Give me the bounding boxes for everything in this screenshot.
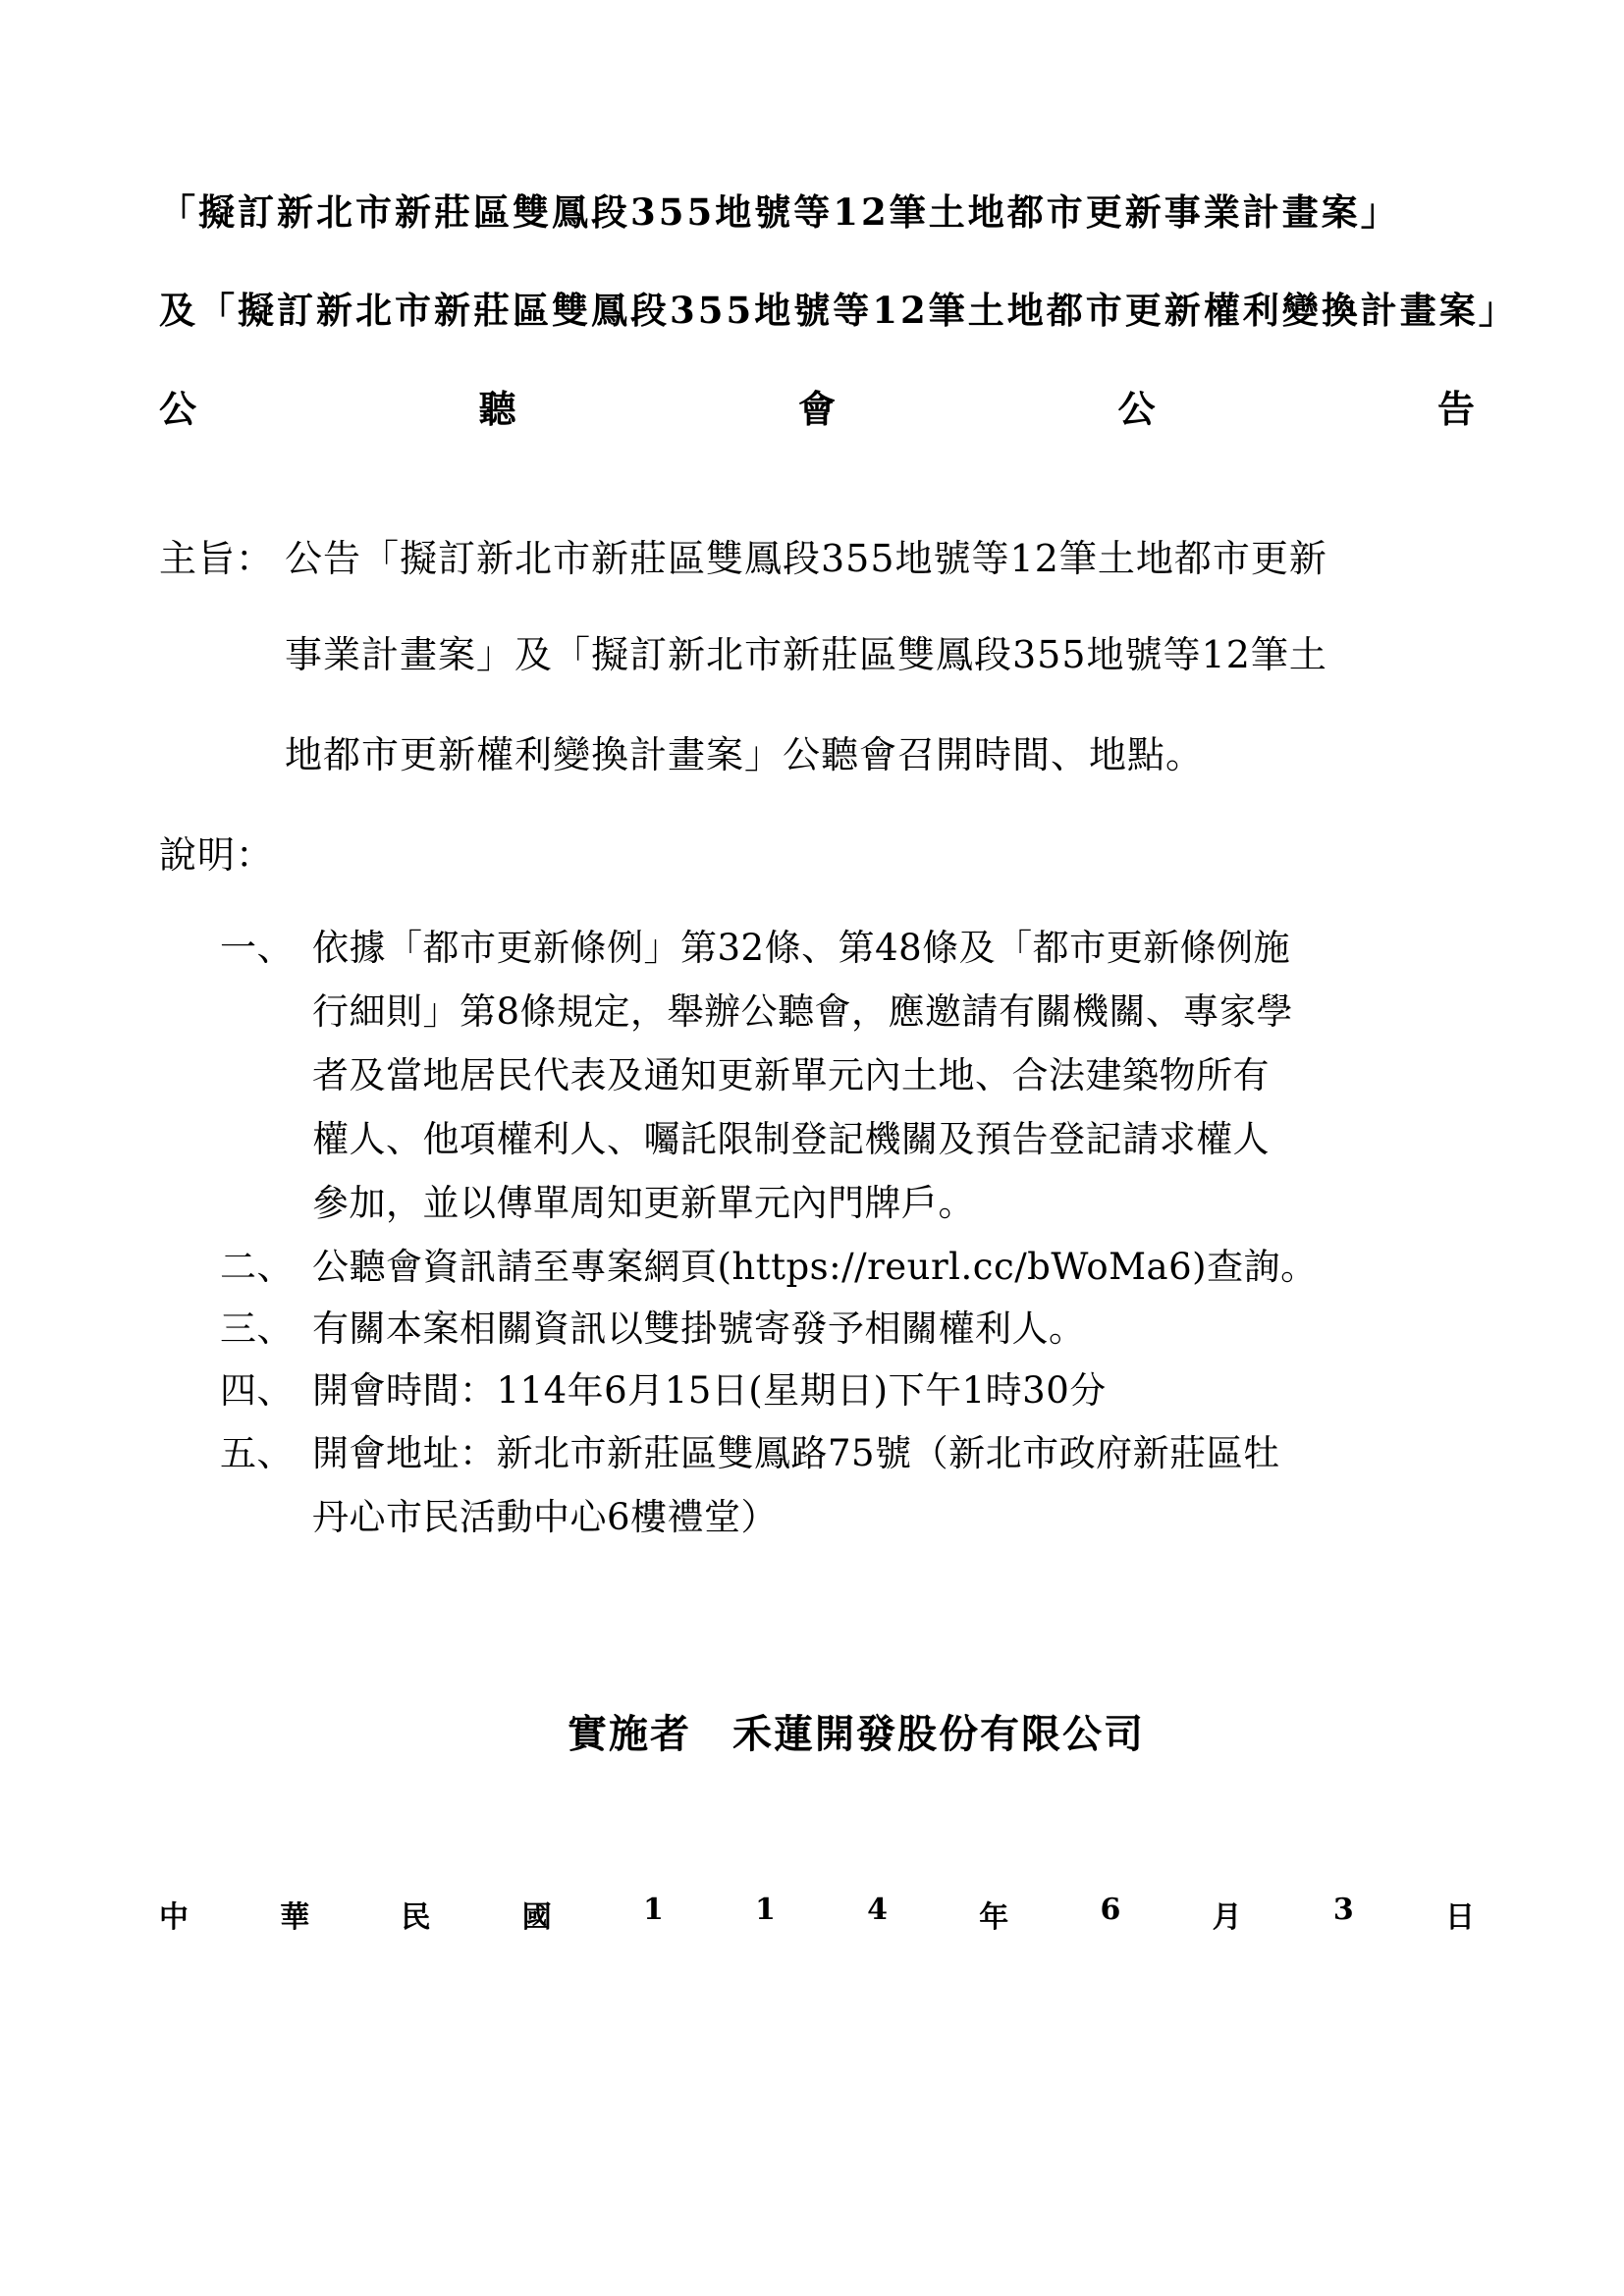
date-char: 4 [867,1893,888,1936]
date-char: 日 [1445,1893,1475,1936]
item-line: 者及當地居民代表及通知更新單元內土地、合法建築物所有 [312,1045,1270,1098]
date-char: 國 [522,1893,552,1936]
date-char: 華 [280,1893,309,1936]
subject-line: 地都市更新權利變換計畫案」公聽會召開時間、地點。 [285,724,1204,778]
implementer-signature: 實施者 禾蓮開發股份有限公司 [568,1703,1145,1759]
item-line: 開會地址：新北市新莊區雙鳳路75號（新北市政府新莊區牡 [312,1423,1280,1476]
heading-char: 聽 [478,379,515,433]
heading-char: 公 [1117,379,1155,433]
subject-line: 公告「擬訂新北市新莊區雙鳳段355地號等12筆土地都市更新 [285,528,1327,582]
item-number: 三、 [220,1299,294,1352]
item-line: 公聽會資訊請至專案網頁(https://reurl.cc/bWoMa6)查詢。 [312,1237,1318,1290]
heading-char: 會 [798,379,836,433]
item-number: 一、 [220,918,294,971]
heading-char: 告 [1437,379,1475,433]
item-line: 權人、他項權利人、囑託限制登記機關及預告登記請求權人 [312,1109,1270,1162]
item-number: 二、 [220,1237,294,1290]
item-line: 參加，並以傳單周知更新單元內門牌戶。 [312,1173,975,1226]
public-hearing-heading: 公 聽 會 公 告 [159,379,1475,433]
item-number: 四、 [220,1361,294,1414]
subject-label: 主旨： [159,528,274,582]
date-char: 月 [1213,1893,1242,1936]
title-line-2: 及「擬訂新北市新莊區雙鳳段355地號等12筆土地都市更新權利變換計畫案」 [159,281,1518,334]
date-char: 民 [401,1893,430,1936]
title-line-1: 「擬訂新北市新莊區雙鳳段355地號等12筆土地都市更新事業計畫案」 [159,183,1400,236]
item-line: 丹心市民活動中心6樓禮堂） [312,1487,778,1540]
roc-date: 中 華 民 國 1 1 4 年 6 月 3 日 [159,1893,1475,1936]
date-char: 年 [979,1893,1008,1936]
explanation-label: 說明： [159,825,274,879]
date-char: 6 [1101,1893,1121,1936]
item-number: 五、 [220,1423,294,1476]
item-line: 依據「都市更新條例」第32條、第48條及「都市更新條例施 [312,918,1290,971]
date-char: 1 [755,1893,776,1936]
item-line: 開會時間：114年6月15日(星期日)下午1時30分 [312,1361,1107,1414]
date-char: 中 [159,1893,189,1936]
item-line: 行細則」第8條規定，舉辦公聽會，應邀請有關機關、專家學 [312,982,1293,1035]
date-char: 3 [1333,1893,1354,1936]
item-line: 有關本案相關資訊以雙掛號寄發予相關權利人。 [312,1299,1086,1352]
subject-line: 事業計畫案」及「擬訂新北市新莊區雙鳳段355地號等12筆土 [285,624,1327,678]
date-char: 1 [643,1893,664,1936]
heading-char: 公 [159,379,196,433]
